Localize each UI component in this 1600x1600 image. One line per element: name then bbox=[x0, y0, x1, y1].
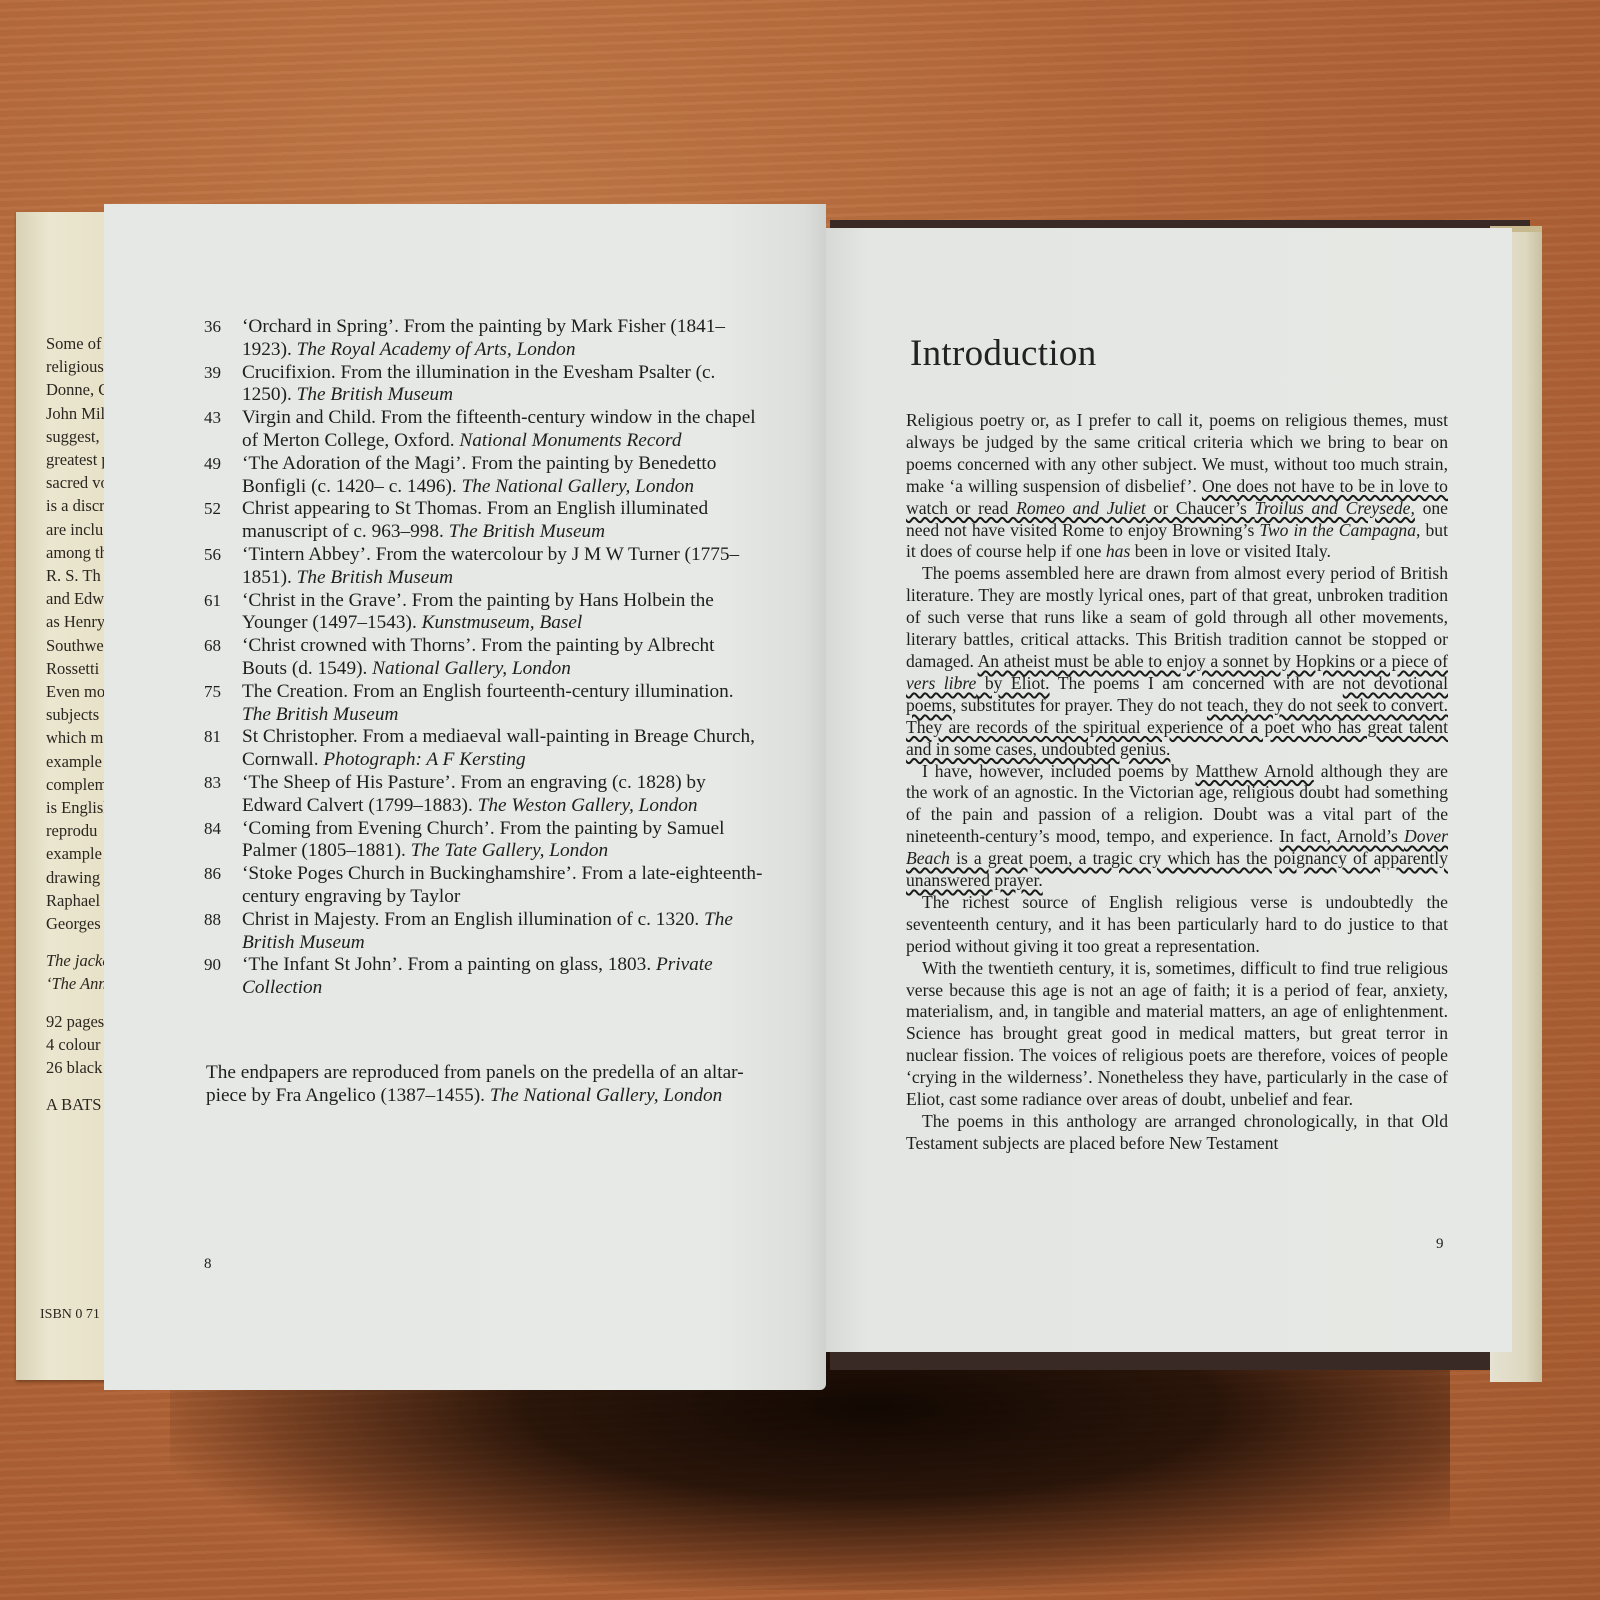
handwritten-underline-text: Troilus and Creysede, bbox=[1255, 498, 1415, 518]
caption-item: 68‘Christ crowned with Thorns’. From the… bbox=[204, 635, 764, 681]
caption-credit: The Royal Academy of Arts, London bbox=[297, 339, 576, 360]
handwritten-underline-text: Matthew Arnold bbox=[1195, 761, 1313, 781]
caption-credit: The National Gallery, London bbox=[462, 476, 694, 497]
caption-item: 52Christ appearing to St Thomas. From an… bbox=[204, 498, 764, 544]
caption-text: ‘Coming from Evening Church’. From the p… bbox=[242, 818, 764, 864]
caption-item: 36‘Orchard in Spring’. From the painting… bbox=[204, 316, 764, 362]
handwritten-underline-text: Romeo and Juliet bbox=[1016, 498, 1146, 518]
caption-text: ‘The Sheep of His Pasture’. From an engr… bbox=[242, 772, 764, 818]
caption-credit: The Weston Gallery, London bbox=[478, 795, 698, 816]
handwritten-underline-text: or Chaucer’s bbox=[1146, 498, 1255, 518]
handwritten-underline-text: by Eliot. bbox=[976, 673, 1049, 693]
introduction-body: Religious poetry or, as I prefer to call… bbox=[906, 410, 1448, 1155]
caption-text: ‘Stoke Poges Church in Buckinghamshire’.… bbox=[242, 863, 764, 909]
intro-paragraph: Religious poetry or, as I prefer to call… bbox=[906, 410, 1448, 563]
caption-text: St Christopher. From a mediaeval wall-pa… bbox=[242, 726, 764, 772]
caption-page-number: 86 bbox=[204, 863, 242, 909]
page-number-right: 9 bbox=[1436, 1236, 1444, 1253]
caption-credit: The British Museum bbox=[449, 521, 605, 542]
caption-page-number: 56 bbox=[204, 544, 242, 590]
caption-item: 56‘Tintern Abbey’. From the watercolour … bbox=[204, 544, 764, 590]
caption-item: 83‘The Sheep of His Pasture’. From an en… bbox=[204, 772, 764, 818]
caption-page-number: 52 bbox=[204, 498, 242, 544]
caption-credit: Private Collection bbox=[242, 954, 713, 998]
caption-credit: National Monuments Record bbox=[459, 430, 681, 451]
caption-credit: The Tate Gallery, London bbox=[411, 840, 608, 861]
caption-page-number: 49 bbox=[204, 453, 242, 499]
intro-paragraph: I have, however, included poems by Matth… bbox=[906, 761, 1448, 892]
caption-page-number: 39 bbox=[204, 362, 242, 408]
caption-text: ‘Orchard in Spring’. From the painting b… bbox=[242, 316, 764, 362]
caption-credit: The British Museum bbox=[242, 909, 733, 953]
caption-page-number: 43 bbox=[204, 407, 242, 453]
caption-page-number: 81 bbox=[204, 726, 242, 772]
caption-text: ‘Christ in the Grave’. From the painting… bbox=[242, 590, 764, 636]
intro-paragraph: The poems assembled here are drawn from … bbox=[906, 563, 1448, 760]
body-text: The poems in this anthology are arranged… bbox=[906, 1111, 1448, 1153]
right-page: Introduction Religious poetry or, as I p… bbox=[826, 228, 1512, 1352]
caption-credit: Kunstmuseum, Basel bbox=[422, 612, 583, 633]
page-number-left: 8 bbox=[204, 1256, 212, 1273]
body-text: I have, however, included poems by bbox=[922, 761, 1195, 781]
caption-item: 81St Christopher. From a mediaeval wall-… bbox=[204, 726, 764, 772]
caption-text: Christ in Majesty. From an English illum… bbox=[242, 909, 764, 955]
body-text: been in love or visited Italy. bbox=[1130, 541, 1331, 561]
caption-page-number: 88 bbox=[204, 909, 242, 955]
body-text: The poems I am concerned with are bbox=[1050, 673, 1343, 693]
chapter-title: Introduction bbox=[910, 332, 1097, 375]
caption-page-number: 84 bbox=[204, 818, 242, 864]
caption-page-number: 75 bbox=[204, 681, 242, 727]
caption-item: 39Crucifixion. From the illumination in … bbox=[204, 362, 764, 408]
handwritten-underline-text: is a great poem, a tragic cry which has … bbox=[906, 848, 1448, 890]
illustration-captions-list: 36‘Orchard in Spring’. From the painting… bbox=[204, 316, 764, 1000]
caption-text: ‘The Adoration of the Magi’. From the pa… bbox=[242, 453, 764, 499]
caption-item: 43Virgin and Child. From the fifteenth-c… bbox=[204, 407, 764, 453]
body-text: The richest source of English religious … bbox=[906, 892, 1448, 956]
caption-text: Virgin and Child. From the fifteenth-cen… bbox=[242, 407, 764, 453]
handwritten-underline-text: vers libre bbox=[906, 673, 976, 693]
caption-text: Christ appearing to St Thomas. From an E… bbox=[242, 498, 764, 544]
caption-credit: The British Museum bbox=[242, 704, 398, 725]
caption-page-number: 90 bbox=[204, 954, 242, 1000]
caption-credit: Photograph: A F Kersting bbox=[323, 749, 525, 770]
caption-item: 90‘The Infant St John’. From a painting … bbox=[204, 954, 764, 1000]
body-text: , substitutes for prayer. They do not bbox=[952, 695, 1207, 715]
caption-page-number: 83 bbox=[204, 772, 242, 818]
body-text: Two in the Campagna bbox=[1259, 520, 1416, 540]
caption-credit: The British Museum bbox=[297, 384, 453, 405]
caption-item: 49‘The Adoration of the Magi’. From the … bbox=[204, 453, 764, 499]
body-text: With the twentieth century, it is, somet… bbox=[906, 958, 1448, 1109]
intro-paragraph: The poems in this anthology are arranged… bbox=[906, 1111, 1448, 1155]
caption-credit: National Gallery, London bbox=[372, 658, 571, 679]
body-text: has bbox=[1106, 541, 1130, 561]
intro-paragraph: With the twentieth century, it is, somet… bbox=[906, 958, 1448, 1111]
caption-text: The Creation. From an English fourteenth… bbox=[242, 681, 764, 727]
caption-page-number: 61 bbox=[204, 590, 242, 636]
caption-item: 75The Creation. From an English fourteen… bbox=[204, 681, 764, 727]
caption-text: Crucifixion. From the illumination in th… bbox=[242, 362, 764, 408]
caption-text: ‘The Infant St John’. From a painting on… bbox=[242, 954, 764, 1000]
caption-text: ‘Tintern Abbey’. From the watercolour by… bbox=[242, 544, 764, 590]
caption-text: ‘Christ crowned with Thorns’. From the p… bbox=[242, 635, 764, 681]
caption-item: 84‘Coming from Evening Church’. From the… bbox=[204, 818, 764, 864]
caption-item: 86‘Stoke Poges Church in Buckinghamshire… bbox=[204, 863, 764, 909]
caption-credit: The British Museum bbox=[297, 567, 453, 588]
caption-page-number: 68 bbox=[204, 635, 242, 681]
intro-paragraph: The richest source of English religious … bbox=[906, 892, 1448, 958]
left-page: 36‘Orchard in Spring’. From the painting… bbox=[104, 204, 826, 1390]
caption-item: 61‘Christ in the Grave’. From the painti… bbox=[204, 590, 764, 636]
endpapers-credit: The National Gallery, London bbox=[490, 1085, 722, 1106]
handwritten-underline-text: An atheist must be able to enjoy a sonne… bbox=[978, 651, 1448, 671]
endpapers-note: The endpapers are reproduced from panels… bbox=[206, 1062, 766, 1108]
handwritten-underline-text: In fact, Arnold’s bbox=[1279, 826, 1404, 846]
caption-item: 88Christ in Majesty. From an English ill… bbox=[204, 909, 764, 955]
caption-page-number: 36 bbox=[204, 316, 242, 362]
